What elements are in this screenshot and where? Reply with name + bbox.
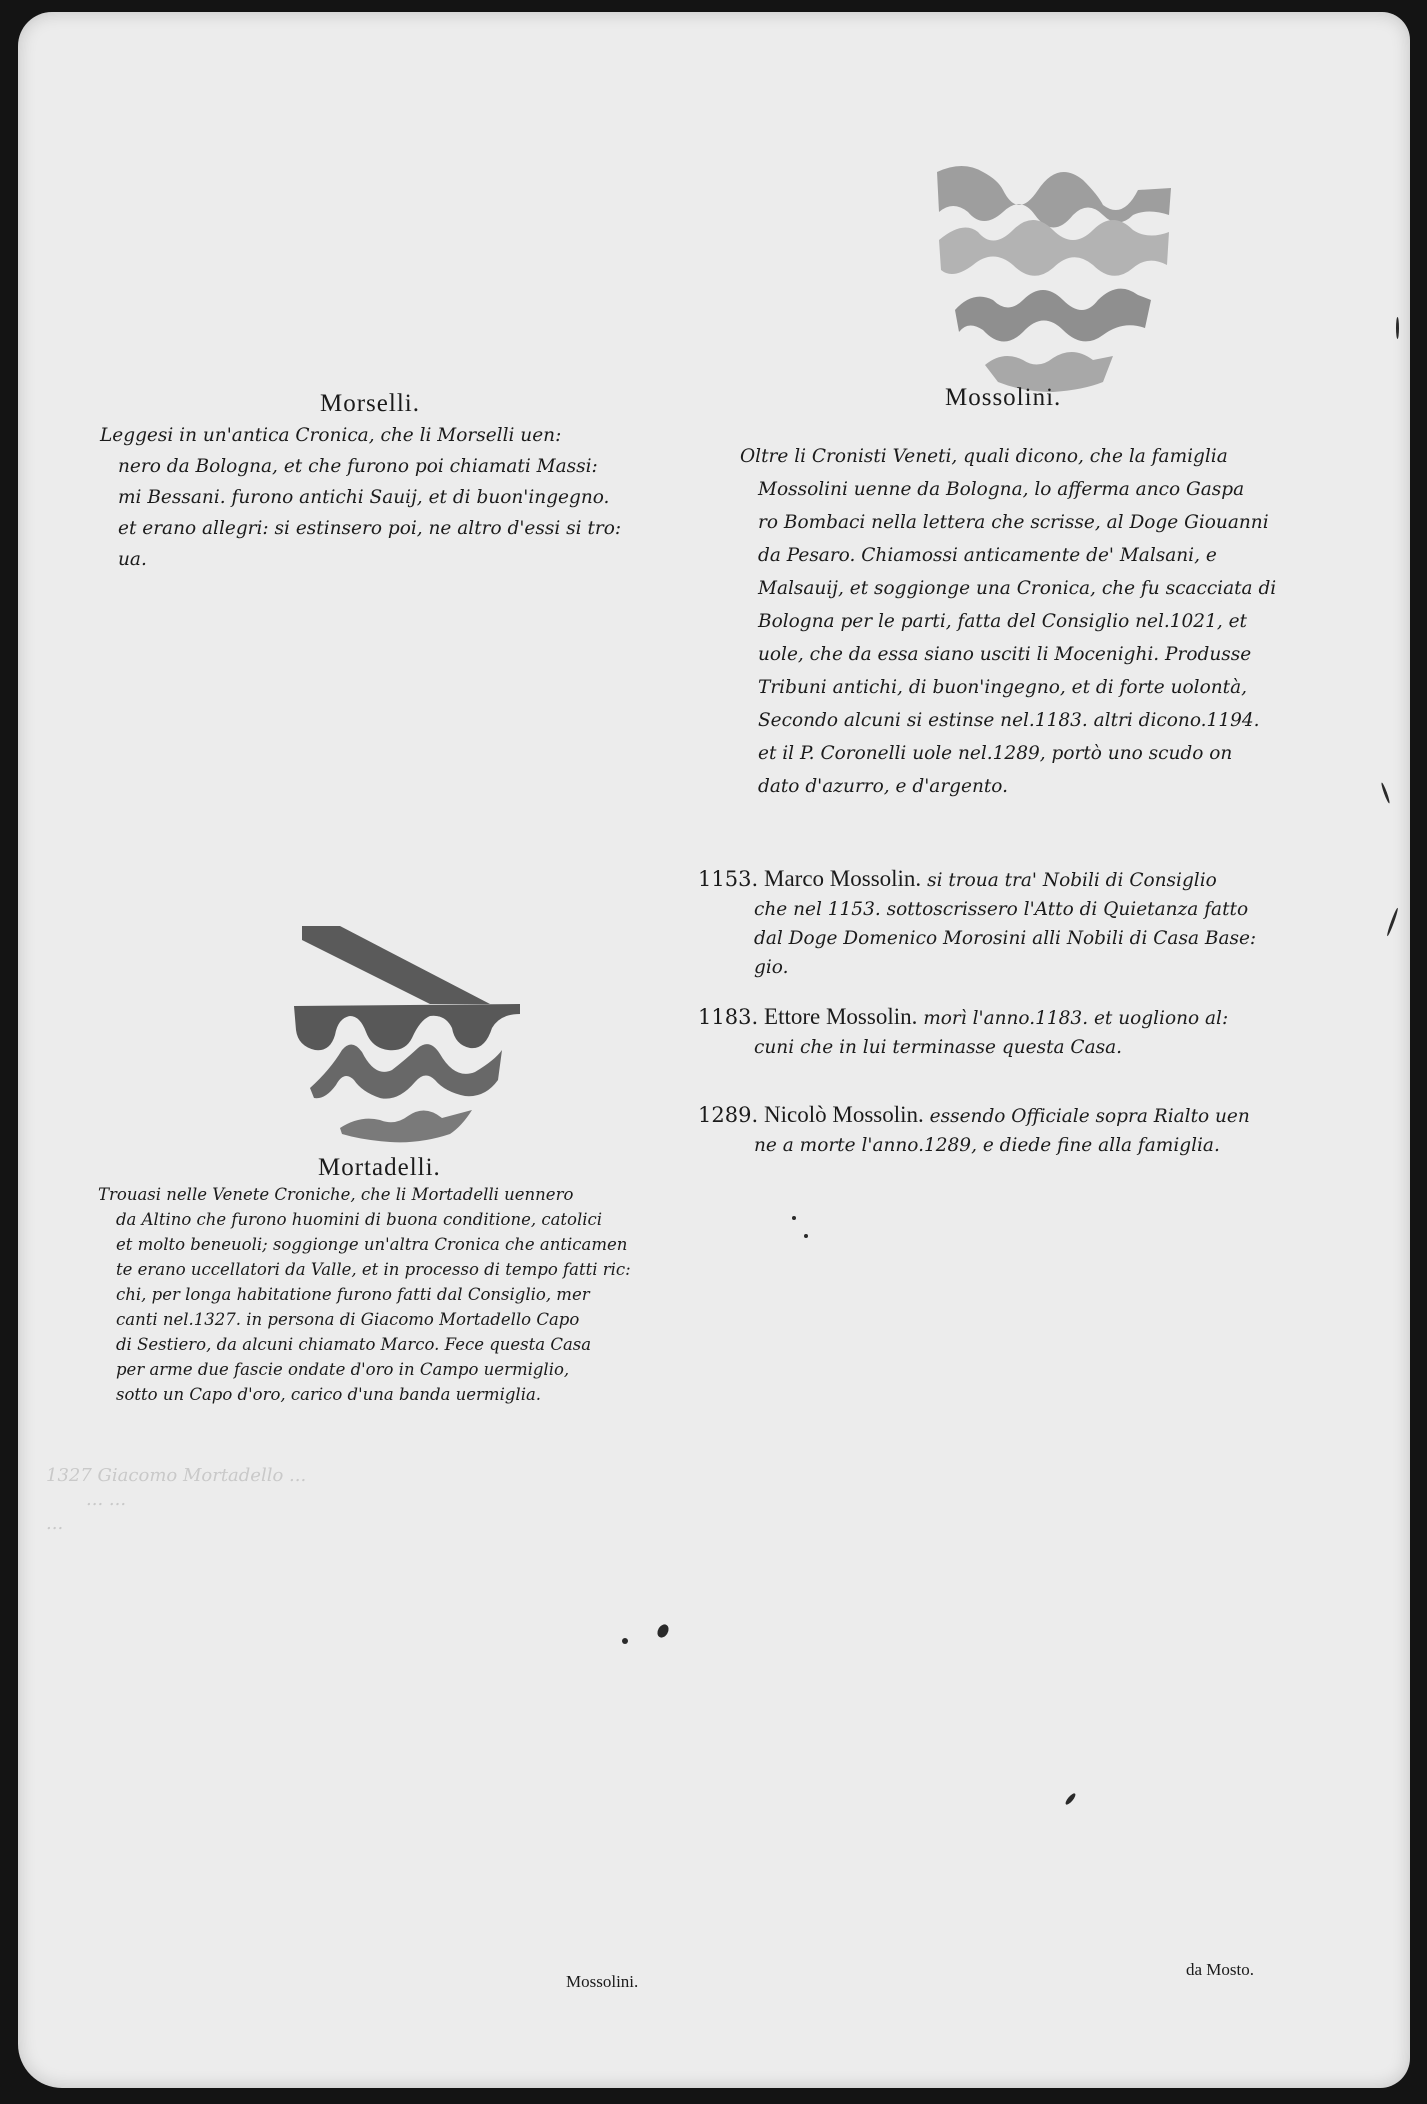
ink-speck (1386, 907, 1399, 936)
text-line: te erano uccellatori da Valle, et in pro… (98, 1257, 631, 1282)
text-line: Bologna per le parti, fatta del Consigli… (740, 605, 1276, 638)
text-line: Malsauij, et soggionge una Cronica, che … (740, 572, 1276, 605)
mossolini-text: Oltre li Cronisti Veneti, quali dicono, … (740, 440, 1276, 803)
text-line: dato d'azurro, e d'argento. (740, 770, 1276, 803)
text-line: essendo Officiale sopra Rialto uen (930, 1106, 1250, 1127)
text-line: Secondo alcuni si estinse nel.1183. altr… (740, 704, 1276, 737)
catchword-left: Mossolini. (566, 1972, 638, 1992)
text-line: da Altino che furono huomini di buona co… (98, 1207, 631, 1232)
text-line: et molto beneuoli; soggionge un'altra Cr… (98, 1232, 631, 1257)
entry-year: 1289. (698, 1103, 758, 1127)
entry-1289: 1289. Nicolò Mossolin. essendo Officiale… (698, 1100, 1250, 1160)
ink-speck (622, 1638, 628, 1644)
mortadelli-title: Mortadelli. (318, 1154, 441, 1182)
morselli-title: Morselli. (320, 390, 420, 418)
text-line: di Sestiero, da alcuni chiamato Marco. F… (98, 1332, 631, 1357)
ink-speck (792, 1216, 796, 1220)
manuscript-page: Morselli. Leggesi in un'antica Cronica, … (18, 12, 1410, 2088)
text-line: dal Doge Domenico Morosini alli Nobili d… (698, 924, 1256, 953)
entry-1153: 1153. Marco Mossolin. si troua tra' Nobi… (698, 864, 1256, 982)
text-line: mi Bessani. furono antichi Sauij, et di … (100, 482, 621, 513)
text-line: Mossolini uenne da Bologna, lo afferma a… (740, 473, 1276, 506)
text-line: ... (46, 1512, 306, 1536)
mortadelli-coat-of-arms-icon (280, 920, 540, 1160)
ink-speck (1396, 317, 1399, 339)
text-line: da Pesaro. Chiamossi anticamente de' Mal… (740, 539, 1276, 572)
text-line: sotto un Capo d'oro, carico d'una banda … (98, 1382, 631, 1407)
mossolini-title: Mossolini. (945, 384, 1061, 412)
text-line: ua. (100, 544, 621, 575)
entry-year: 1153. (698, 867, 758, 891)
text-line: si troua tra' Nobili di Consiglio (927, 870, 1217, 891)
ink-speck (1064, 1792, 1077, 1806)
mossolini-coat-of-arms-icon (923, 160, 1183, 400)
entry-1183: 1183. Ettore Mossolin. morì l'anno.1183.… (698, 1002, 1228, 1062)
text-line: morì l'anno.1183. et uogliono al: (923, 1008, 1228, 1029)
text-line: ... ... (46, 1488, 306, 1512)
faded-show-through-note: 1327 Giacomo Mortadello ... ... ... ... (46, 1464, 306, 1536)
ink-speck (1380, 782, 1390, 804)
text-line: Tribuni antichi, di buon'ingegno, et di … (740, 671, 1276, 704)
text-line: nero da Bologna, et che furono poi chiam… (100, 451, 621, 482)
text-line: Trouasi nelle Venete Croniche, che li Mo… (98, 1182, 631, 1207)
text-line: Leggesi in un'antica Cronica, che li Mor… (100, 420, 621, 451)
text-line: per arme due fascie ondate d'oro in Camp… (98, 1357, 631, 1382)
text-line: ne a morte l'anno.1289, e diede fine all… (698, 1131, 1250, 1160)
entry-name: Ettore Mossolin. (764, 1004, 917, 1029)
text-line: gio. (698, 953, 1256, 982)
entry-name: Nicolò Mossolin. (764, 1102, 924, 1127)
ink-speck (655, 1622, 671, 1639)
mortadelli-text: Trouasi nelle Venete Croniche, che li Mo… (98, 1182, 631, 1407)
text-line: ro Bombaci nella lettera che scrisse, al… (740, 506, 1276, 539)
ink-speck (804, 1234, 808, 1238)
text-line: chi, per longa habitatione furono fatti … (98, 1282, 631, 1307)
text-line: Oltre li Cronisti Veneti, quali dicono, … (740, 440, 1276, 473)
text-line: che nel 1153. sottoscrissero l'Atto di Q… (698, 895, 1256, 924)
text-line: uole, che da essa siano usciti li Moceni… (740, 638, 1276, 671)
morselli-text: Leggesi in un'antica Cronica, che li Mor… (100, 420, 621, 575)
catchword-right: da Mosto. (1186, 1960, 1254, 1980)
entry-name: Marco Mossolin. (764, 866, 921, 891)
text-line: et il P. Coronelli uole nel.1289, portò … (740, 737, 1276, 770)
text-line: cuni che in lui terminasse questa Casa. (698, 1033, 1228, 1062)
entry-year: 1183. (698, 1005, 758, 1029)
text-line: canti nel.1327. in persona di Giacomo Mo… (98, 1307, 631, 1332)
text-line: 1327 Giacomo Mortadello ... (46, 1464, 306, 1488)
text-line: et erano allegri: si estinsero poi, ne a… (100, 513, 621, 544)
